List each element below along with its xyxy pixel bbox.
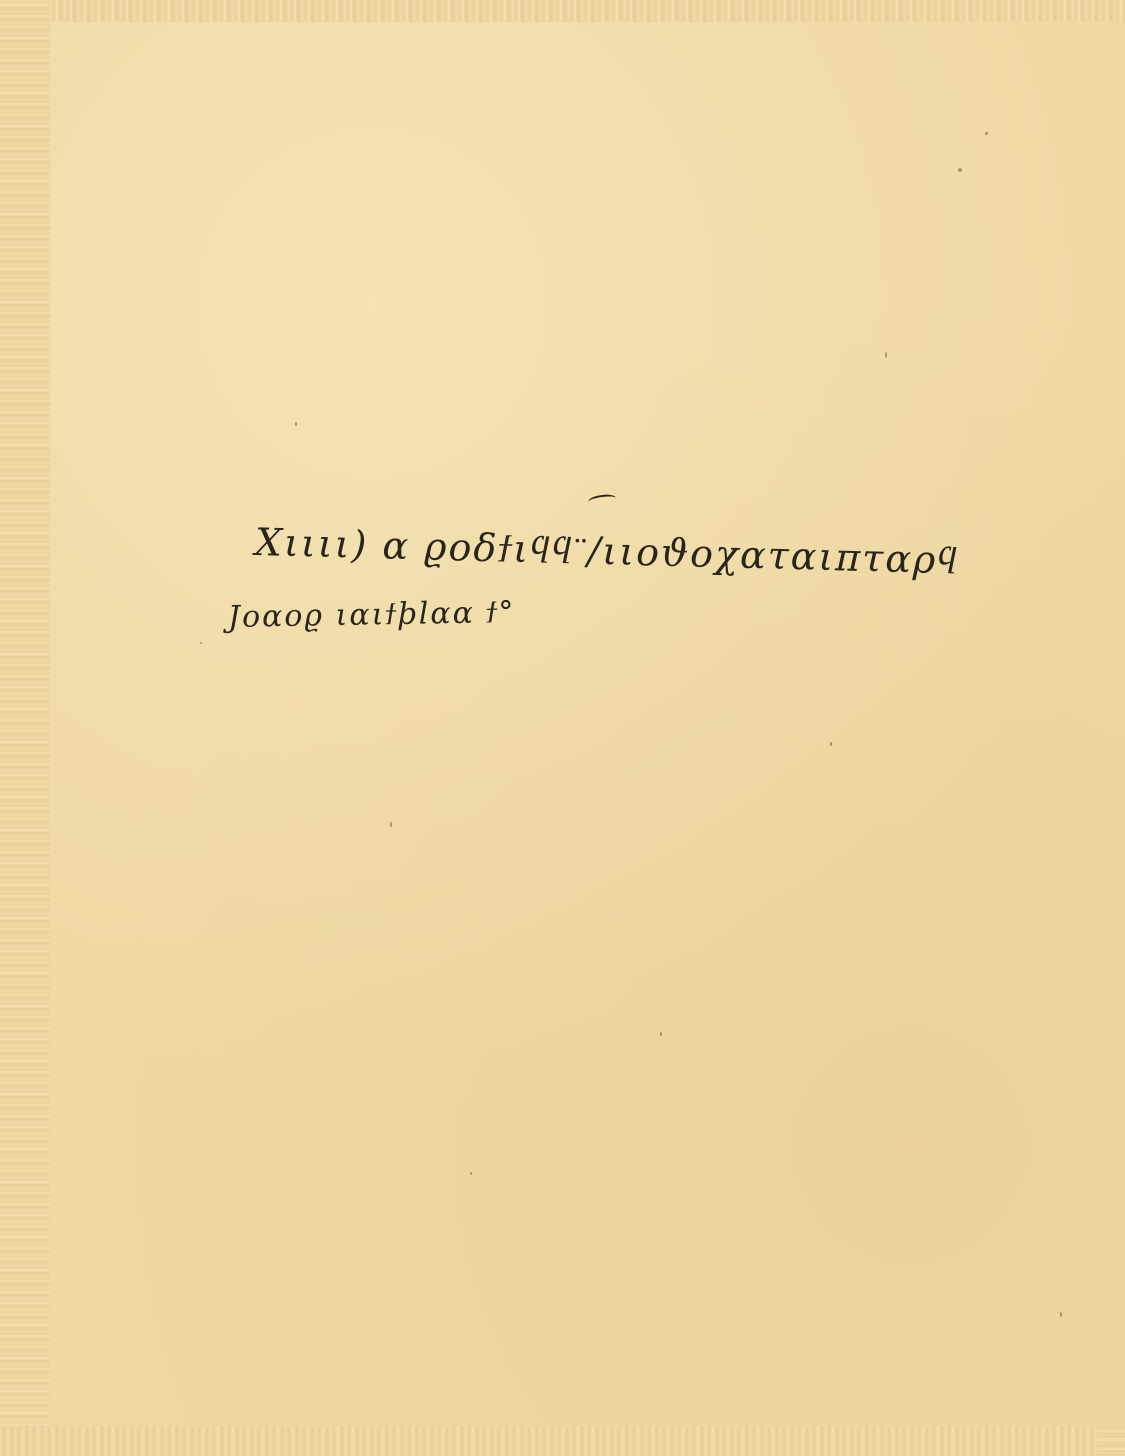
paper-speck bbox=[830, 742, 832, 746]
paper-speck bbox=[958, 168, 962, 172]
paper-speck bbox=[985, 132, 988, 135]
paper-speck bbox=[1060, 1312, 1062, 1317]
scan-edge-artifact-top bbox=[50, 0, 1125, 22]
paper-speck bbox=[470, 1172, 472, 1175]
paper-speck bbox=[295, 422, 297, 426]
manuscript-page bbox=[50, 22, 1125, 1426]
paper-speck bbox=[390, 822, 392, 827]
paper-speck bbox=[200, 642, 202, 644]
handwritten-line-2: Ϳοαοϱ ιαιϯϸlαα ϯ° bbox=[228, 595, 516, 635]
paper-speck bbox=[885, 352, 887, 358]
scan-edge-artifact-left bbox=[0, 0, 50, 1456]
scan-edge-artifact-bottom bbox=[0, 1426, 1125, 1456]
paper-speck bbox=[660, 1032, 662, 1036]
